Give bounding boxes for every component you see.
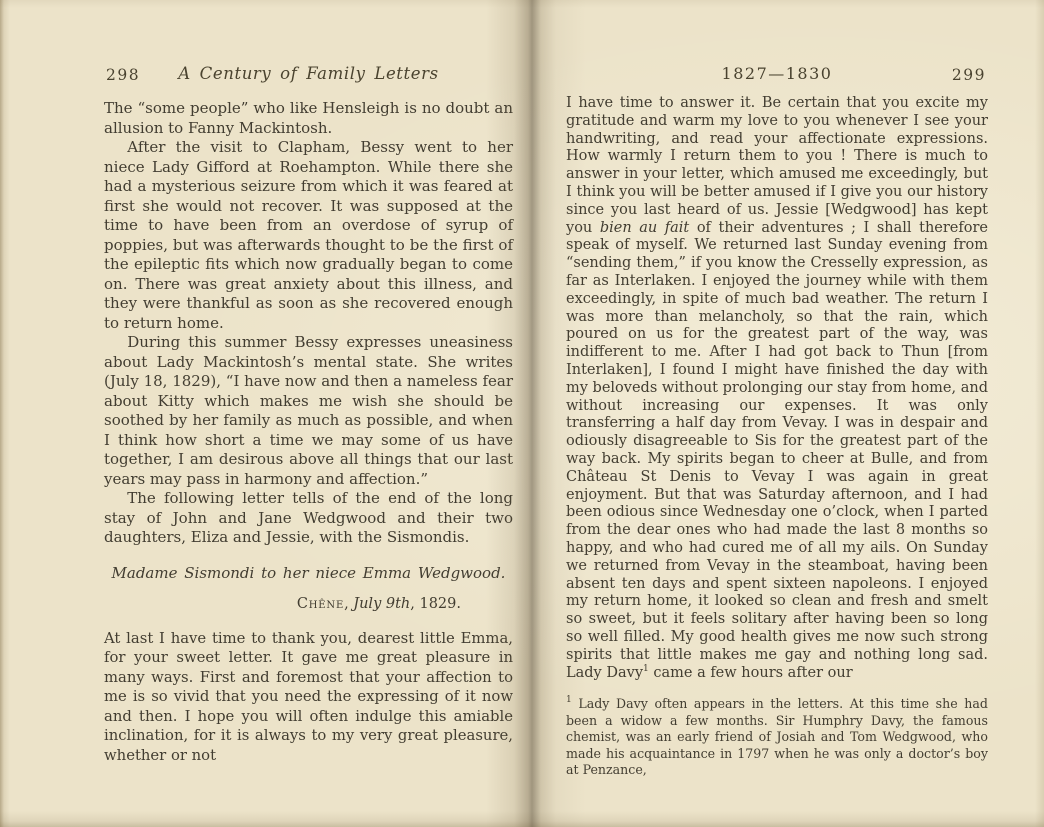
left-text-block: 298 A Century of Family Letters The “som… [104, 64, 513, 765]
running-title: A Century of Family Letters [104, 64, 513, 83]
page-number-right: 299 [952, 66, 986, 84]
running-date-range: 1827—1830 [566, 64, 988, 83]
right-page-header: 299 1827—1830 [566, 64, 988, 86]
letter-text: I have time to answer it. Be certain tha… [566, 95, 988, 236]
footnote: 1 Lady Davy often appears in the letters… [566, 696, 988, 778]
dateline-place: Chêne [297, 596, 344, 612]
letter-continuation-paragraph: I have time to answer it. Be certain tha… [566, 95, 988, 682]
letter-text: came a few hours after our [649, 665, 853, 681]
letter-dateline: Chêne, July 9th, 1829. [104, 595, 513, 615]
right-page-body: I have time to answer it. Be certain tha… [566, 95, 988, 778]
letter-text-italic: bien au fait [600, 220, 689, 236]
book-spread: 298 A Century of Family Letters The “som… [0, 0, 1044, 827]
narrative-paragraph: The “some people” who like Hensleigh is … [104, 99, 513, 138]
left-page: 298 A Century of Family Letters The “som… [0, 0, 522, 827]
left-page-body: The “some people” who like Hensleigh is … [104, 99, 513, 765]
left-page-header: 298 A Century of Family Letters [104, 64, 513, 86]
narrative-paragraph: The following letter tells of the end of… [104, 489, 513, 548]
dateline-date: July 9th [353, 596, 410, 612]
dateline-year: , 1829. [410, 596, 461, 612]
page-number-left: 298 [106, 66, 140, 84]
letter-opening-paragraph: At last I have time to thank you, deares… [104, 629, 513, 766]
letter-text: of their adventures ; I shall therefore … [566, 220, 988, 681]
right-page: 299 1827—1830 I have time to answer it. … [522, 0, 1044, 827]
footnote-text: Lady Davy often appears in the letters. … [566, 696, 988, 777]
dateline-separator: , [344, 596, 353, 612]
right-text-block: 299 1827—1830 I have time to answer it. … [566, 64, 988, 778]
narrative-paragraph: During this summer Bessy expresses uneas… [104, 333, 513, 489]
letter-heading: Madame Sismondi to her niece Emma Wedgwo… [104, 564, 513, 584]
narrative-paragraph: After the visit to Clapham, Bessy went t… [104, 138, 513, 333]
